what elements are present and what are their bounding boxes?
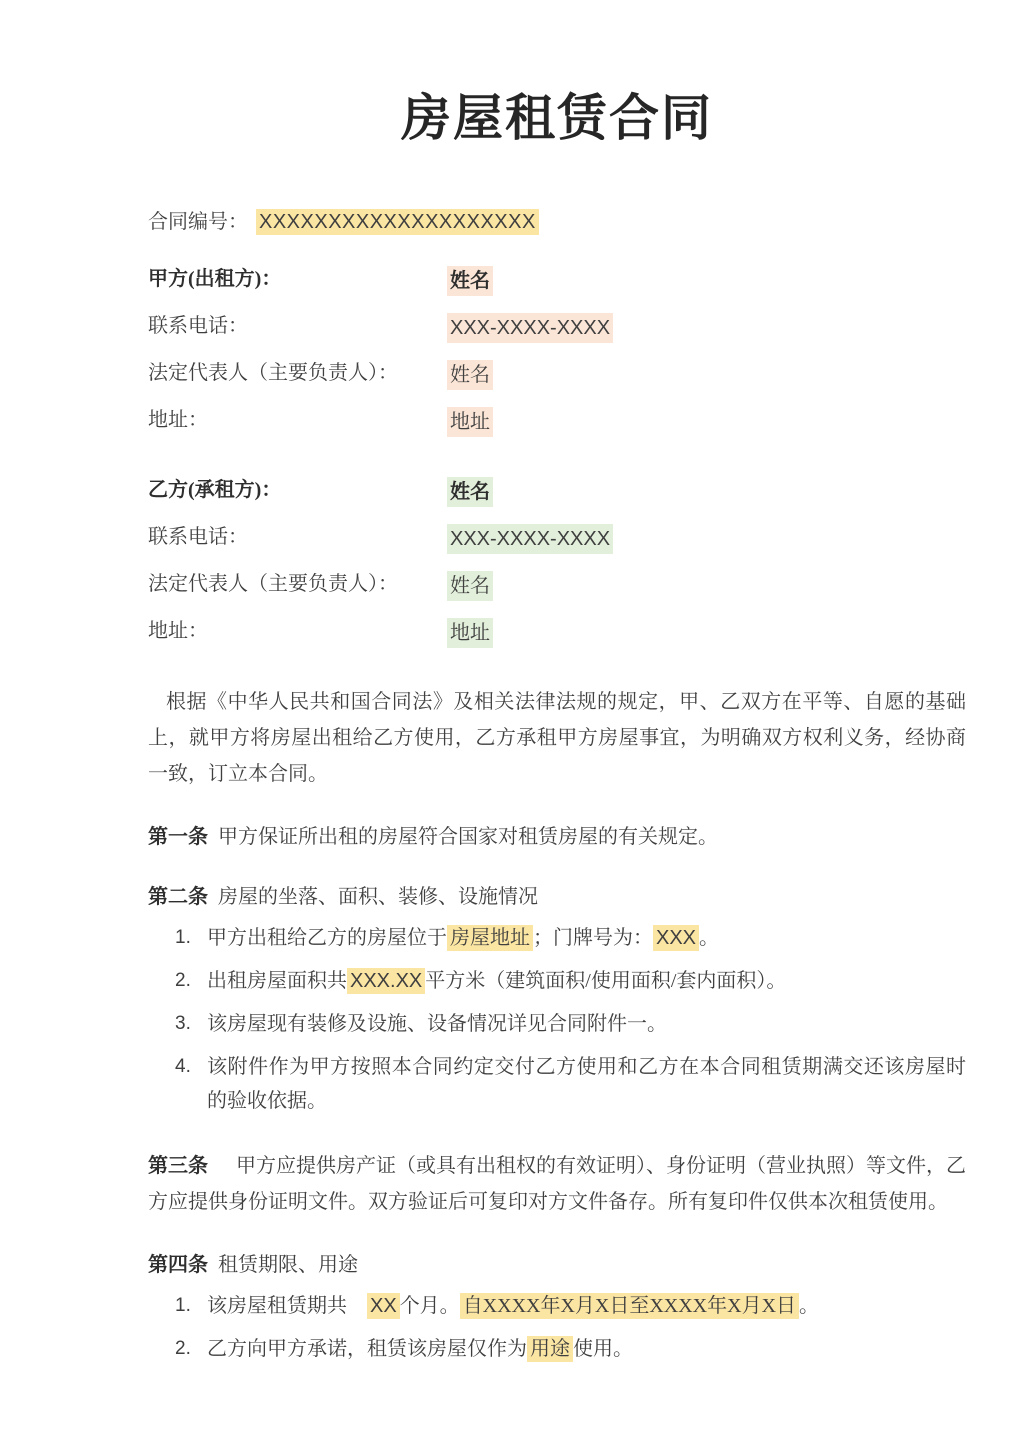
party-b-representative-value: 姓名 bbox=[447, 571, 493, 601]
text-run: 出租房屋面积共 bbox=[207, 970, 347, 992]
list-item-number: 1. bbox=[175, 1289, 207, 1323]
list-item-text: 出租房屋面积共XXX.XX平方米（建筑面积/使用面积/套内面积）。 bbox=[207, 964, 966, 998]
text-run: 。 bbox=[699, 927, 719, 949]
article-3: 第三条甲方应提供房产证（或具有出租权的有效证明）、身份证明（营业执照）等文件，乙… bbox=[148, 1148, 966, 1220]
address-label: 地址： bbox=[148, 407, 447, 433]
contract-number-line: 合同编号：XXXXXXXXXXXXXXXXXXXX bbox=[148, 208, 966, 236]
party-a-address-row: 地址： 地址 bbox=[148, 407, 966, 437]
representative-label: 法定代表人（主要负责人）： bbox=[148, 571, 447, 597]
party-b-address-row: 地址： 地址 bbox=[148, 618, 966, 648]
party-b-address-value: 地址 bbox=[447, 618, 493, 648]
placeholder-door-number: XXX bbox=[653, 925, 699, 951]
party-a-representative-row: 法定代表人（主要负责人）： 姓名 bbox=[148, 360, 966, 390]
list-item-text: 该房屋租赁期共 XX个月。自XXXX年X月X日至XXXX年X月X日。 bbox=[207, 1289, 966, 1323]
article-4-title: 租赁期限、用途 bbox=[218, 1254, 358, 1276]
contract-number-label: 合同编号： bbox=[148, 211, 248, 233]
representative-label: 法定代表人（主要负责人）： bbox=[148, 360, 447, 386]
article-4: 第四条租赁期限、用途 bbox=[148, 1250, 966, 1280]
party-b-name-value: 姓名 bbox=[447, 477, 493, 507]
text-run: 平方米（建筑面积/使用面积/套内面积）。 bbox=[425, 970, 786, 992]
phone-label: 联系电话： bbox=[148, 524, 447, 550]
article-1-heading: 第一条 bbox=[148, 826, 208, 848]
placeholder-area: XXX.XX bbox=[347, 968, 425, 994]
article-3-body: 甲方应提供房产证（或具有出租权的有效证明）、身份证明（营业执照）等文件，乙方应提… bbox=[148, 1155, 966, 1213]
article-1-body: 甲方保证所出租的房屋符合国家对租赁房屋的有关规定。 bbox=[218, 826, 718, 848]
article-1: 第一条甲方保证所出租的房屋符合国家对租赁房屋的有关规定。 bbox=[148, 822, 966, 852]
article-2-title: 房屋的坐落、面积、装修、设施情况 bbox=[218, 886, 538, 908]
text-run: 该房屋租赁期共 bbox=[207, 1295, 367, 1317]
party-a-phone-value: XXX-XXXX-XXXX bbox=[447, 313, 613, 343]
list-item-number: 2. bbox=[175, 1332, 207, 1366]
article-2-heading: 第二条 bbox=[148, 886, 208, 908]
text-run: 乙方向甲方承诺，租赁该房屋仅作为 bbox=[207, 1338, 527, 1360]
party-a-section: 甲方(出租方)： 姓名 联系电话： XXX-XXXX-XXXX 法定代表人（主要… bbox=[148, 266, 966, 437]
contract-number-value: XXXXXXXXXXXXXXXXXXXX bbox=[256, 209, 539, 235]
article-3-heading: 第三条 bbox=[148, 1155, 208, 1177]
article-2: 第二条房屋的坐落、面积、装修、设施情况 bbox=[148, 882, 966, 912]
party-a-label: 甲方(出租方)： bbox=[148, 266, 447, 292]
contract-document-page: 房屋租赁合同 合同编号：XXXXXXXXXXXXXXXXXXXX 甲方(出租方)… bbox=[0, 0, 1024, 1448]
party-b-section: 乙方(承租方)： 姓名 联系电话： XXX-XXXX-XXXX 法定代表人（主要… bbox=[148, 477, 966, 648]
list-item-text: 该附件作为甲方按照本合同约定交付乙方使用和乙方在本合同租赁期满交还该房屋时的验收… bbox=[207, 1050, 966, 1118]
list-item-number: 4. bbox=[175, 1050, 207, 1084]
article-4-heading: 第四条 bbox=[148, 1254, 208, 1276]
list-item: 1. 该房屋租赁期共 XX个月。自XXXX年X月X日至XXXX年X月X日。 bbox=[148, 1289, 966, 1323]
list-item: 3. 该房屋现有装修及设施、设备情况详见合同附件一。 bbox=[148, 1007, 966, 1041]
text-run: 使用。 bbox=[573, 1338, 633, 1360]
address-label: 地址： bbox=[148, 618, 447, 644]
placeholder-usage: 用途 bbox=[527, 1336, 573, 1362]
party-b-phone-value: XXX-XXXX-XXXX bbox=[447, 524, 613, 554]
list-item: 1. 甲方出租给乙方的房屋位于房屋地址；门牌号为：XXX。 bbox=[148, 921, 966, 955]
article-2-list: 1. 甲方出租给乙方的房屋位于房屋地址；门牌号为：XXX。 2. 出租房屋面积共… bbox=[148, 921, 966, 1118]
party-a-name-value: 姓名 bbox=[447, 266, 493, 296]
placeholder-lease-months: XX bbox=[367, 1293, 400, 1319]
article-4-list: 1. 该房屋租赁期共 XX个月。自XXXX年X月X日至XXXX年X月X日。 2.… bbox=[148, 1289, 966, 1366]
list-item-text: 乙方向甲方承诺，租赁该房屋仅作为用途使用。 bbox=[207, 1332, 966, 1366]
list-item-text: 该房屋现有装修及设施、设备情况详见合同附件一。 bbox=[207, 1007, 966, 1041]
party-a-phone-row: 联系电话： XXX-XXXX-XXXX bbox=[148, 313, 966, 343]
text-run: 甲方出租给乙方的房屋位于 bbox=[207, 927, 447, 949]
party-a-address-value: 地址 bbox=[447, 407, 493, 437]
text-run: 。 bbox=[799, 1295, 819, 1317]
placeholder-house-address: 房屋地址 bbox=[447, 925, 533, 951]
preamble-paragraph: 根据《中华人民共和国合同法》及相关法律法规的规定，甲、乙双方在平等、自愿的基础上… bbox=[148, 684, 966, 792]
list-item-number: 1. bbox=[175, 921, 207, 955]
party-a-representative-value: 姓名 bbox=[447, 360, 493, 390]
document-content: 房屋租赁合同 合同编号：XXXXXXXXXXXXXXXXXXXX 甲方(出租方)… bbox=[0, 0, 1024, 1366]
document-title: 房屋租赁合同 bbox=[148, 90, 966, 148]
list-item-number: 2. bbox=[175, 964, 207, 998]
list-item-number: 3. bbox=[175, 1007, 207, 1041]
text-run: 该房屋现有装修及设施、设备情况详见合同附件一。 bbox=[207, 1013, 667, 1035]
placeholder-lease-dates: 自XXXX年X月X日至XXXX年X月X日 bbox=[460, 1293, 799, 1319]
party-b-phone-row: 联系电话： XXX-XXXX-XXXX bbox=[148, 524, 966, 554]
list-item: 4. 该附件作为甲方按照本合同约定交付乙方使用和乙方在本合同租赁期满交还该房屋时… bbox=[148, 1050, 966, 1118]
list-item: 2. 乙方向甲方承诺，租赁该房屋仅作为用途使用。 bbox=[148, 1332, 966, 1366]
list-item-text: 甲方出租给乙方的房屋位于房屋地址；门牌号为：XXX。 bbox=[207, 921, 966, 955]
phone-label: 联系电话： bbox=[148, 313, 447, 339]
party-b-label: 乙方(承租方)： bbox=[148, 477, 447, 503]
party-a-title-row: 甲方(出租方)： 姓名 bbox=[148, 266, 966, 296]
party-b-title-row: 乙方(承租方)： 姓名 bbox=[148, 477, 966, 507]
text-run: ；门牌号为： bbox=[533, 927, 653, 949]
party-b-representative-row: 法定代表人（主要负责人）： 姓名 bbox=[148, 571, 966, 601]
list-item: 2. 出租房屋面积共XXX.XX平方米（建筑面积/使用面积/套内面积）。 bbox=[148, 964, 966, 998]
text-run: 个月。 bbox=[400, 1295, 460, 1317]
text-run: 该附件作为甲方按照本合同约定交付乙方使用和乙方在本合同租赁期满交还该房屋时的验收… bbox=[207, 1056, 966, 1112]
